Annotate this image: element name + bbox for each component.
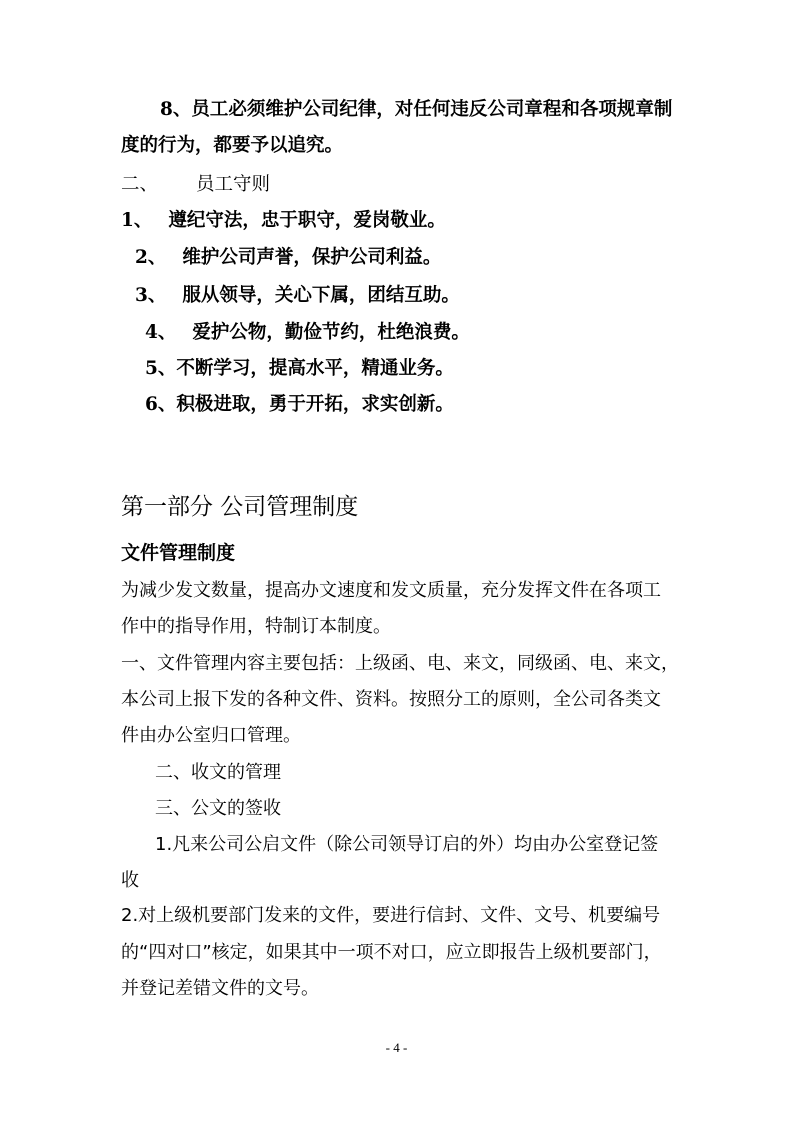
rule-text: 维护公司声誉，保护公司利益。 <box>182 247 441 268</box>
page-number: - 4 - <box>0 1040 793 1056</box>
clause-2: 二、收文的管理 <box>155 760 281 786</box>
rule-text: 积极进取，勇于开拓，求实创新。 <box>176 394 454 415</box>
section-two-title: 员工守则 <box>196 174 270 195</box>
part-one-title: 第一部分 公司管理制度 <box>121 492 358 522</box>
rule-item: 3、服从领导，关心下属，团结互助。 <box>135 283 460 309</box>
section-two-number: 二、 <box>121 174 158 195</box>
rule-number: 6、 <box>145 394 176 415</box>
sub-clause-1-line-1: 1.凡来公司公启文件（除公司领导订启的外）均由办公室登记签 <box>155 832 658 858</box>
rule-text: 爱护公物，勤俭节约，杜绝浪费。 <box>192 322 470 343</box>
sub-clause-2-line-3: 并登记差错文件的文号。 <box>121 976 319 1002</box>
rule-number: 4、 <box>145 322 176 343</box>
rule-8-line-2: 度的行为，都要予以追究。 <box>121 133 343 159</box>
rule-item: 4、爱护公物，勤俭节约，杜绝浪费。 <box>145 320 470 346</box>
sub-clause-1-line-2: 收 <box>121 868 139 894</box>
section-two-heading: 二、员工守则 <box>121 172 270 198</box>
purpose-line-2: 作中的指导作用，特制订本制度。 <box>121 614 391 640</box>
rule-number: 3、 <box>135 285 166 306</box>
rule-text: 不断学习，提高水平，精通业务。 <box>176 358 454 379</box>
rule-item: 6、积极进取，勇于开拓，求实创新。 <box>145 392 454 418</box>
rule-8-line-1: 8、员工必须维护公司纪律，对任何违反公司章程和各项规章制 <box>160 97 672 123</box>
document-page: 8、员工必须维护公司纪律，对任何违反公司章程和各项规章制 度的行为，都要予以追究… <box>0 0 793 1122</box>
file-management-subtitle: 文件管理制度 <box>121 540 235 566</box>
rule-item: 5、不断学习，提高水平，精通业务。 <box>145 356 454 382</box>
rule-text: 遵纪守法，忠于职守，爱岗敬业。 <box>168 210 446 231</box>
rule-text: 服从领导，关心下属，团结互助。 <box>182 285 460 306</box>
rule-item: 2、维护公司声誉，保护公司利益。 <box>135 245 441 271</box>
clause-1-line-2: 本公司上报下发的各种文件、资料。按照分工的原则，全公司各类文 <box>121 687 661 713</box>
rule-item: 1、遵纪守法，忠于职守，爱岗敬业。 <box>121 208 446 234</box>
clause-1-line-3: 件由办公室归口管理。 <box>121 723 301 749</box>
rule-number: 1、 <box>121 210 152 231</box>
sub-clause-2-line-1: 2.对上级机要部门发来的文件，要进行信封、文件、文号、机要编号 <box>121 903 660 929</box>
rule-number: 2、 <box>135 247 166 268</box>
rule-number: 5、 <box>145 358 176 379</box>
clause-1-line-1: 一、文件管理内容主要包括：上级函、电、来文，同级函、电、来文， <box>121 651 679 677</box>
sub-clause-2-line-2: 的“四对口”核定，如果其中一项不对口，应立即报告上级机要部门， <box>121 940 662 966</box>
clause-3: 三、公文的签收 <box>155 796 281 822</box>
purpose-line-1: 为减少发文数量，提高办文速度和发文质量，充分发挥文件在各项工 <box>121 578 661 604</box>
